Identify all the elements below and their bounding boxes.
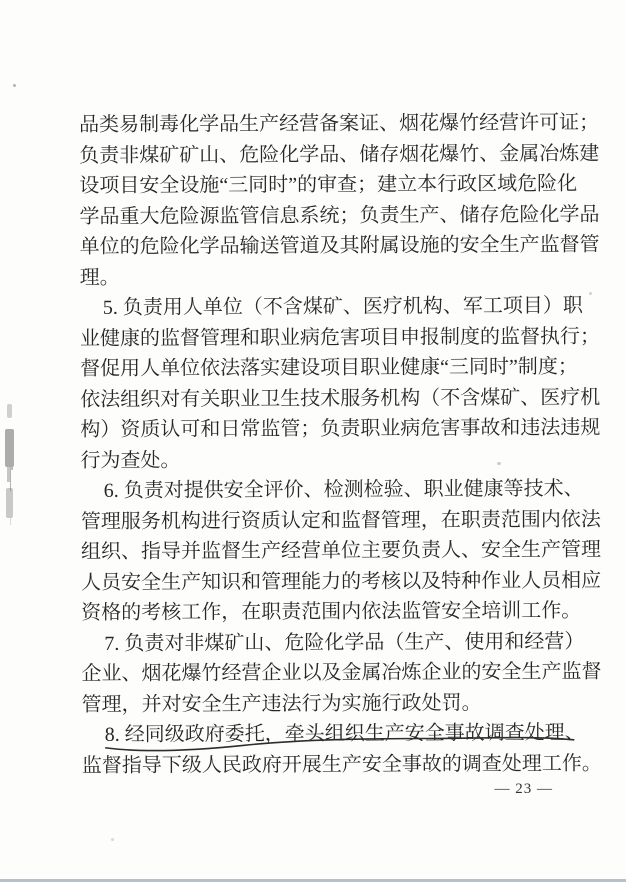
text-line: 资格的考核工作，在职责范围内依法监管安全培训工作。 (81, 596, 557, 629)
text-line-content: 监督指导下级人民政府开展生产安全事故的调查处理工作。 (82, 752, 602, 776)
text-line: 负责非煤矿矿山、危险化学品、储存烟花爆竹、金属冶炼建 (79, 138, 555, 171)
scan-speck (13, 84, 16, 87)
text-block: 品类易制毒化学品生产经营备案证、烟花爆竹经营许可证；负责非煤矿矿山、危险化学品、… (79, 108, 558, 781)
text-line: 管理服务机构进行资质认定和监督管理，在职责范围内依法 (81, 504, 557, 537)
text-line-content: 督促用人单位依法落实建设项目职业健康“三同时”制度； (80, 356, 578, 380)
text-line-content: 理。 (80, 266, 120, 288)
text-line-content: 7. 负责对非煤矿山、危险化学品（生产、使用和经营） (104, 630, 584, 654)
text-line-content: 品类易制毒化学品生产经营备案证、烟花爆竹经营许可证； (79, 112, 599, 136)
text-line: 7. 负责对非煤矿山、危险化学品（生产、使用和经营） (81, 626, 557, 659)
text-line-content: 组织、指导并监督生产经营单位主要负责人、安全生产管理 (81, 539, 601, 563)
text-line-content: 6. 负责对提供安全评价、检测检验、职业健康等技术、 (104, 478, 584, 502)
page-number: — 23 — (0, 781, 553, 798)
text-line-content: 人员安全生产知识和管理能力的考核以及特种作业人员相应 (81, 569, 601, 593)
text-line-content: 学品重大危险源监管信息系统；负责生产、储存危险化学品 (79, 203, 599, 227)
text-line-content: 单位的危险化学品输送管道及其附属设施的安全生产监督管 (80, 234, 600, 258)
scan-smudge (6, 488, 13, 518)
text-line: 8. 经同级政府委托，牵头组织生产安全事故调查处理、 (82, 718, 558, 751)
text-line-content: 构）资质认可和日常监管；负责职业病危害事故和违法违规 (80, 417, 600, 441)
text-line-content: 行为查处。 (80, 449, 180, 471)
text-line-content: 依法组织对有关职业卫生技术服务机构（不含煤矿、医疗机 (80, 386, 600, 410)
text-line: 依法组织对有关职业卫生技术服务机构（不含煤矿、医疗机 (80, 382, 556, 415)
text-line-content: 管理，并对安全生产违法行为实施行政处罚。 (82, 692, 482, 716)
text-line: 管理，并对安全生产违法行为实施行政处罚。 (82, 687, 558, 720)
text-line: 业健康的监督管理和职业病危害项目申报制度的监督执行； (80, 321, 556, 354)
text-line: 行为查处。 (80, 443, 556, 476)
scan-smudge (7, 404, 12, 418)
text-line-content: 业健康的监督管理和职业病危害项目申报制度的监督执行； (80, 325, 600, 349)
text-line-content: 负责非煤矿矿山、危险化学品、储存烟花爆竹、金属冶炼建 (79, 142, 599, 166)
scan-speck (497, 462, 501, 465)
text-line: 品类易制毒化学品生产经营备案证、烟花爆竹经营许可证； (79, 108, 555, 141)
text-line: 5. 负责用人单位（不含煤矿、医疗机构、军工项目）职 (80, 291, 556, 324)
text-line: 企业、烟花爆竹经营企业以及金属冶炼企业的安全生产监督 (81, 657, 557, 690)
text-line: 理。 (80, 260, 556, 293)
scan-speck (589, 292, 592, 295)
text-line: 监督指导下级人民政府开展生产安全事故的调查处理工作。 (82, 748, 558, 781)
text-line-content: 企业、烟花爆竹经营企业以及金属冶炼企业的安全生产监督 (81, 661, 601, 685)
text-line: 构）资质认可和日常监管；负责职业病危害事故和违法违规 (80, 413, 556, 446)
text-line: 组织、指导并监督生产经营单位主要负责人、安全生产管理 (81, 535, 557, 568)
text-line: 人员安全生产知识和管理能力的考核以及特种作业人员相应 (81, 565, 557, 598)
text-line: 6. 负责对提供安全评价、检测检验、职业健康等技术、 (81, 474, 557, 507)
text-line-content: 管理服务机构进行资质认定和监督管理，在职责范围内依法 (81, 508, 601, 532)
text-line: 督促用人单位依法落实建设项目职业健康“三同时”制度； (80, 352, 556, 385)
text-line: 学品重大危险源监管信息系统；负责生产、储存危险化学品 (79, 199, 555, 232)
text-line-content: 资格的考核工作，在职责范围内依法监管安全培训工作。 (81, 600, 581, 624)
text-line: 单位的危险化学品输送管道及其附属设施的安全生产监督管 (80, 230, 556, 263)
scan-smudge (5, 429, 14, 467)
document-page: 品类易制毒化学品生产经营备案证、烟花爆竹经营许可证；负责非煤矿矿山、危险化学品、… (0, 0, 626, 882)
text-line-content: 5. 负责用人单位（不含煤矿、医疗机构、军工项目）职 (103, 295, 583, 319)
scan-speck (111, 838, 114, 841)
text-line-content: 设项目安全设施“三同时”的审查；建立本行政区域危险化 (79, 173, 577, 197)
text-line-content: 8. 经同级政府委托，牵头组织生产安全事故调查处理、 (105, 722, 585, 746)
text-line: 设项目安全设施“三同时”的审查；建立本行政区域危险化 (79, 169, 555, 202)
